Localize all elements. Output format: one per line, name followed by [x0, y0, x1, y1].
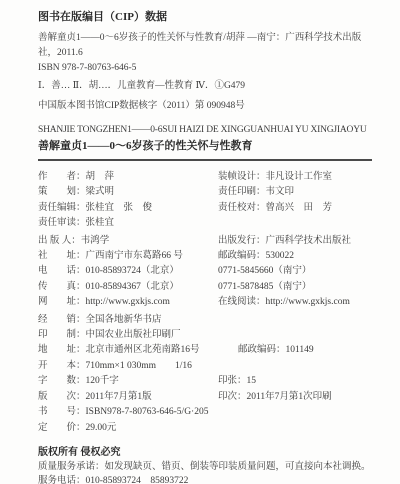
- info-cell-printer: 印 制：中国农业出版社印刷厂: [38, 328, 218, 343]
- publisher-group: 出 版 人：韦鸿学 出版发行：广西科学技术出版社 社 址：广西南宁市东葛路66 …: [38, 234, 372, 311]
- printing-row: 字 数：120千字 印张：15: [38, 374, 372, 389]
- divider-rule: [38, 159, 372, 161]
- info-cell-publisher: 出版发行：广西科学技术出版社: [218, 234, 351, 249]
- info-cell-website: 网 址：http://www.gxkjs.com: [38, 295, 218, 310]
- printing-row: 定 价：29.00元: [38, 421, 372, 436]
- publisher-row: 电 话：010-85893724（北京） 0771-5845660（南宁）: [38, 264, 372, 279]
- cip-entry: 善解童贞1——0～6岁孩子的性关怀与性教育/胡萍 —南宁：广西科学技术出版社，2…: [38, 31, 374, 61]
- info-cell-fax-nanning: 0771-5878485（南宁）: [218, 280, 311, 295]
- staff-row: 作 者：胡 萍 装帧设计：非凡设计工作室: [38, 170, 372, 185]
- info-cell-editor: 责任编辑：张桂宜 张 俊: [38, 201, 218, 216]
- cip-isbn: ISBN 978-7-80763-646-5: [38, 61, 372, 76]
- printing-row: 印 制：中国农业出版社印刷厂: [38, 328, 372, 343]
- printing-row: 经 销：全国各地新华书店: [38, 313, 372, 328]
- cip-header: 图书在版编目（CIP）数据: [38, 10, 372, 24]
- info-cell-distribution: 经 销：全国各地新华书店: [38, 313, 218, 328]
- copyright-page: 图书在版编目（CIP）数据 善解童贞1——0～6岁孩子的性关怀与性教育/胡萍 —…: [0, 0, 400, 484]
- copyright-notice: 版权所有 侵权必究: [38, 445, 372, 460]
- publisher-row: 社 址：广西南宁市东葛路66 号 邮政编码：530022: [38, 249, 372, 264]
- info-cell-online-reading: 在线阅读：http://www.gxkjs.com: [218, 295, 350, 310]
- info-cell-fax-beijing: 传 真：010-85894367（北京）: [38, 280, 218, 295]
- info-cell-postcode: 邮政编码：530022: [218, 249, 294, 264]
- info-cell-proofreader: 责任校对：曾高兴 田 芳: [218, 201, 332, 216]
- footer-notice: 版权所有 侵权必究 质量服务承诺：如发现缺页、错页、倒装等印装质量问题，可直接向…: [38, 445, 372, 484]
- staff-row: 责任审读：张桂宜: [38, 216, 372, 231]
- info-cell-reviewer: 责任审读：张桂宜: [38, 216, 218, 231]
- quality-promise: 质量服务承诺：如发现缺页、错页、倒装等印装质量问题，可直接向本社调换。: [38, 460, 378, 475]
- info-cell-word-count: 字 数：120千字: [38, 374, 218, 389]
- printing-group: 经 销：全国各地新华书店 印 制：中国农业出版社印刷厂 地 址：北京市通州区北苑…: [38, 313, 372, 436]
- cip-registry-number: 中国版本图书馆CIP数据核字（2011）第 090948号: [38, 99, 372, 114]
- info-cell-impression: 印次：2011年7月第1次印刷: [218, 390, 332, 405]
- info-cell-planner: 策 划：梁式明: [38, 185, 218, 200]
- printing-row: 书 号：ISBN978-7-80763-646-5/G·205: [38, 405, 372, 420]
- info-cell-printer-address: 地 址：北京市通州区北苑南路16号: [38, 343, 218, 358]
- info-cell-cover-design: 装帧设计：非凡设计工作室: [218, 170, 332, 185]
- title-pinyin: SHANJIE TONGZHEN1——0-6SUI HAIZI DE XINGG…: [38, 123, 372, 138]
- info-cell-edition: 版 次：2011年7月第1版: [38, 390, 218, 405]
- title-chinese: 善解童贞1——0～6岁孩子的性关怀与性教育: [38, 138, 372, 154]
- info-cell-publisher-person: 出 版 人：韦鸿学: [38, 234, 218, 249]
- info-cell-printer-postcode: 邮政编码：101149: [238, 343, 314, 358]
- info-cell-price: 定 价：29.00元: [38, 421, 218, 436]
- staff-row: 策 划：梁式明 责任印刷：韦文印: [38, 185, 372, 200]
- info-cell-author: 作 者：胡 萍: [38, 170, 218, 185]
- publisher-row: 传 真：010-85894367（北京） 0771-5878485（南宁）: [38, 280, 372, 295]
- info-cell-address: 社 址：广西南宁市东葛路66 号: [38, 249, 218, 264]
- publisher-row: 出 版 人：韦鸿学 出版发行：广西科学技术出版社: [38, 234, 372, 249]
- staff-group: 作 者：胡 萍 装帧设计：非凡设计工作室 策 划：梁式明 责任印刷：韦文印 责任…: [38, 170, 372, 232]
- printing-row: 开 本：710mm×1 030mm 1/16: [38, 359, 372, 374]
- publisher-row: 网 址：http://www.gxkjs.com 在线阅读：http://www…: [38, 295, 372, 310]
- printing-row: 地 址：北京市通州区北苑南路16号 邮政编码：101149: [38, 343, 372, 358]
- info-cell-phone-beijing: 电 话：010-85893724（北京）: [38, 264, 218, 279]
- info-cell-book-number: 书 号：ISBN978-7-80763-646-5/G·205: [38, 405, 218, 420]
- service-phone: 服务电话：010-85893724 85893722: [38, 474, 378, 484]
- cip-classification: Ⅰ．善… Ⅱ．胡…．儿童教育—性教育 Ⅳ．①G479: [38, 79, 372, 94]
- printing-row: 版 次：2011年7月第1版 印次：2011年7月第1次印刷: [38, 390, 372, 405]
- info-cell-format: 开 本：710mm×1 030mm 1/16: [38, 359, 218, 374]
- info-cell-sheets: 印张：15: [218, 374, 256, 389]
- info-cell-print-supervisor: 责任印刷：韦文印: [218, 185, 294, 200]
- staff-row: 责任编辑：张桂宜 张 俊 责任校对：曾高兴 田 芳: [38, 201, 372, 216]
- info-cell-phone-nanning: 0771-5845660（南宁）: [218, 264, 311, 279]
